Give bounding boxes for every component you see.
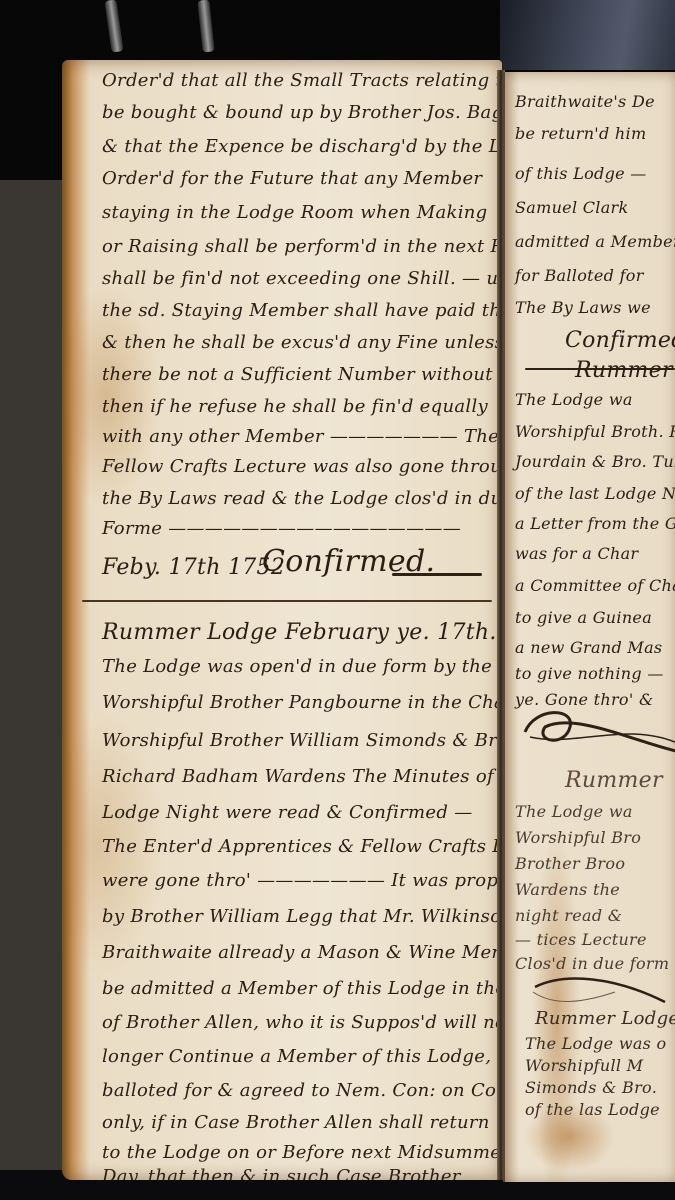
manuscript-line: Worshipful Broth. R bbox=[515, 422, 675, 441]
manuscript-line: Simonds & Bro. bbox=[525, 1078, 657, 1097]
manuscript-line: be return'd him bbox=[515, 124, 646, 143]
manuscript-line: to the Lodge on or Before next Midsummer bbox=[102, 1142, 502, 1163]
manuscript-line: for Balloted for bbox=[515, 266, 644, 285]
calligraphic-flourish-icon bbox=[515, 702, 675, 762]
manuscript-line: The Lodge wa bbox=[515, 390, 633, 409]
water-stain bbox=[525, 1102, 615, 1172]
manuscript-line: longer Continue a Member of this Lodge, … bbox=[102, 1046, 502, 1067]
manuscript-line: admitted a Member bbox=[515, 232, 675, 251]
manuscript-line: Clos'd in due form bbox=[515, 954, 669, 973]
confirmation-label: Confirmed bbox=[565, 328, 675, 353]
manuscript-line: there be not a Sufficient Number without… bbox=[102, 364, 502, 385]
manuscript-line: to give a Guinea bbox=[515, 608, 652, 627]
manuscript-line: by Brother William Legg that Mr. Wilkins… bbox=[102, 906, 502, 927]
manuscript-line: The Lodge was open'd in due form by the … bbox=[102, 656, 502, 677]
manuscript-line: then if he refuse he shall be fin'd equa… bbox=[102, 396, 488, 417]
manuscript-line: of the last Lodge Nig bbox=[515, 484, 675, 503]
manuscript-line: Forme ———————————————— bbox=[102, 518, 461, 539]
entry-heading: Rummer Lodge bbox=[535, 1008, 675, 1029]
entry-heading: Rummer bbox=[575, 358, 673, 383]
manuscript-line: Brother Broo bbox=[515, 854, 625, 873]
manuscript-line: of Brother Allen, who it is Suppos'd wil… bbox=[102, 1012, 502, 1033]
manuscript-line: Worshipful Brother Pangbourne in the Cha… bbox=[102, 692, 502, 713]
manuscript-line: The By Laws we bbox=[515, 298, 651, 317]
manuscript-line: Day, that then & in such Case Brother bbox=[102, 1166, 461, 1180]
manuscript-line: Braithwaite allready a Mason & Wine Merc… bbox=[102, 942, 502, 963]
manuscript-line: & that the Expence be discharg'd by the … bbox=[102, 136, 502, 157]
ink-flourish-rule bbox=[392, 573, 482, 576]
confirmation-date: Feby. 17th 1752 bbox=[102, 555, 285, 580]
manuscript-line: or Raising shall be perform'd in the nex… bbox=[102, 236, 502, 257]
manuscript-line: Jourdain & Bro. Tub bbox=[515, 452, 675, 471]
manuscript-line: Lodge Night were read & Confirmed — bbox=[102, 802, 473, 823]
manuscript-line: be bought & bound up by Brother Jos. Bag… bbox=[102, 102, 502, 123]
entry-heading: Rummer Lodge February ye. 17th. 1752. — bbox=[102, 620, 502, 645]
manuscript-line: shall be fin'd not exceeding one Shill. … bbox=[102, 268, 502, 289]
entry-heading: Rummer bbox=[565, 768, 663, 793]
manuscript-line: the By Laws read & the Lodge clos'd in d… bbox=[102, 488, 502, 509]
blue-cloth bbox=[500, 0, 675, 70]
manuscript-line: Order'd that all the Small Tracts relati… bbox=[102, 70, 502, 91]
manuscript-line: Samuel Clark bbox=[515, 198, 629, 217]
section-divider bbox=[82, 600, 492, 602]
book-board bbox=[0, 180, 62, 1170]
manuscript-line: Worshipful Brother William Simonds & Bro… bbox=[102, 730, 502, 751]
manuscript-line: — tices Lecture bbox=[515, 930, 647, 949]
manuscript-line: only, if in Case Brother Allen shall ret… bbox=[102, 1112, 490, 1133]
left-page: Order'd that all the Small Tracts relati… bbox=[62, 60, 502, 1180]
manuscript-line: Fellow Crafts Lecture was also gone thro… bbox=[102, 456, 502, 477]
manuscript-line: a Committee of Cha bbox=[515, 576, 675, 595]
manuscript-line: a new Grand Mas bbox=[515, 638, 662, 657]
manuscript-line: with any other Member ——————— The bbox=[102, 426, 499, 447]
calligraphic-flourish-icon bbox=[525, 972, 675, 1012]
manuscript-line: The Lodge was o bbox=[525, 1034, 667, 1053]
manuscript-line: The Lodge wa bbox=[515, 802, 633, 821]
manuscript-line: a Letter from the G bbox=[515, 514, 675, 533]
manuscript-line: to give nothing — bbox=[515, 664, 664, 683]
right-page: Braithwaite's De be return'd him of this… bbox=[503, 72, 675, 1182]
manuscript-line: be admitted a Member of this Lodge in th… bbox=[102, 978, 502, 999]
manuscript-line: of this Lodge — bbox=[515, 164, 647, 183]
manuscript-line: Worshipfull M bbox=[525, 1056, 643, 1075]
manuscript-line: balloted for & agreed to Nem. Con: on Co… bbox=[102, 1080, 502, 1101]
manuscript-line: The Enter'd Apprentices & Fellow Crafts … bbox=[102, 836, 502, 857]
manuscript-line: night read & bbox=[515, 906, 622, 925]
manuscript-line: Order'd for the Future that any Member bbox=[102, 168, 482, 189]
manuscript-line: & then he shall be excus'd any Fine unle… bbox=[102, 332, 502, 353]
manuscript-line: staying in the Lodge Room when Making bbox=[102, 202, 487, 223]
manuscript-line: Richard Badham Wardens The Minutes of la… bbox=[102, 766, 502, 787]
manuscript-line: the sd. Staying Member shall have paid t… bbox=[102, 300, 502, 321]
manuscript-line: Wardens the bbox=[515, 880, 620, 899]
manuscript-line: Worshipful Bro bbox=[515, 828, 641, 847]
manuscript-line: was for a Char bbox=[515, 544, 638, 563]
manuscript-line: were gone thro' ——————— It was propos'd bbox=[102, 870, 502, 891]
manuscript-line: Braithwaite's De bbox=[515, 92, 655, 111]
